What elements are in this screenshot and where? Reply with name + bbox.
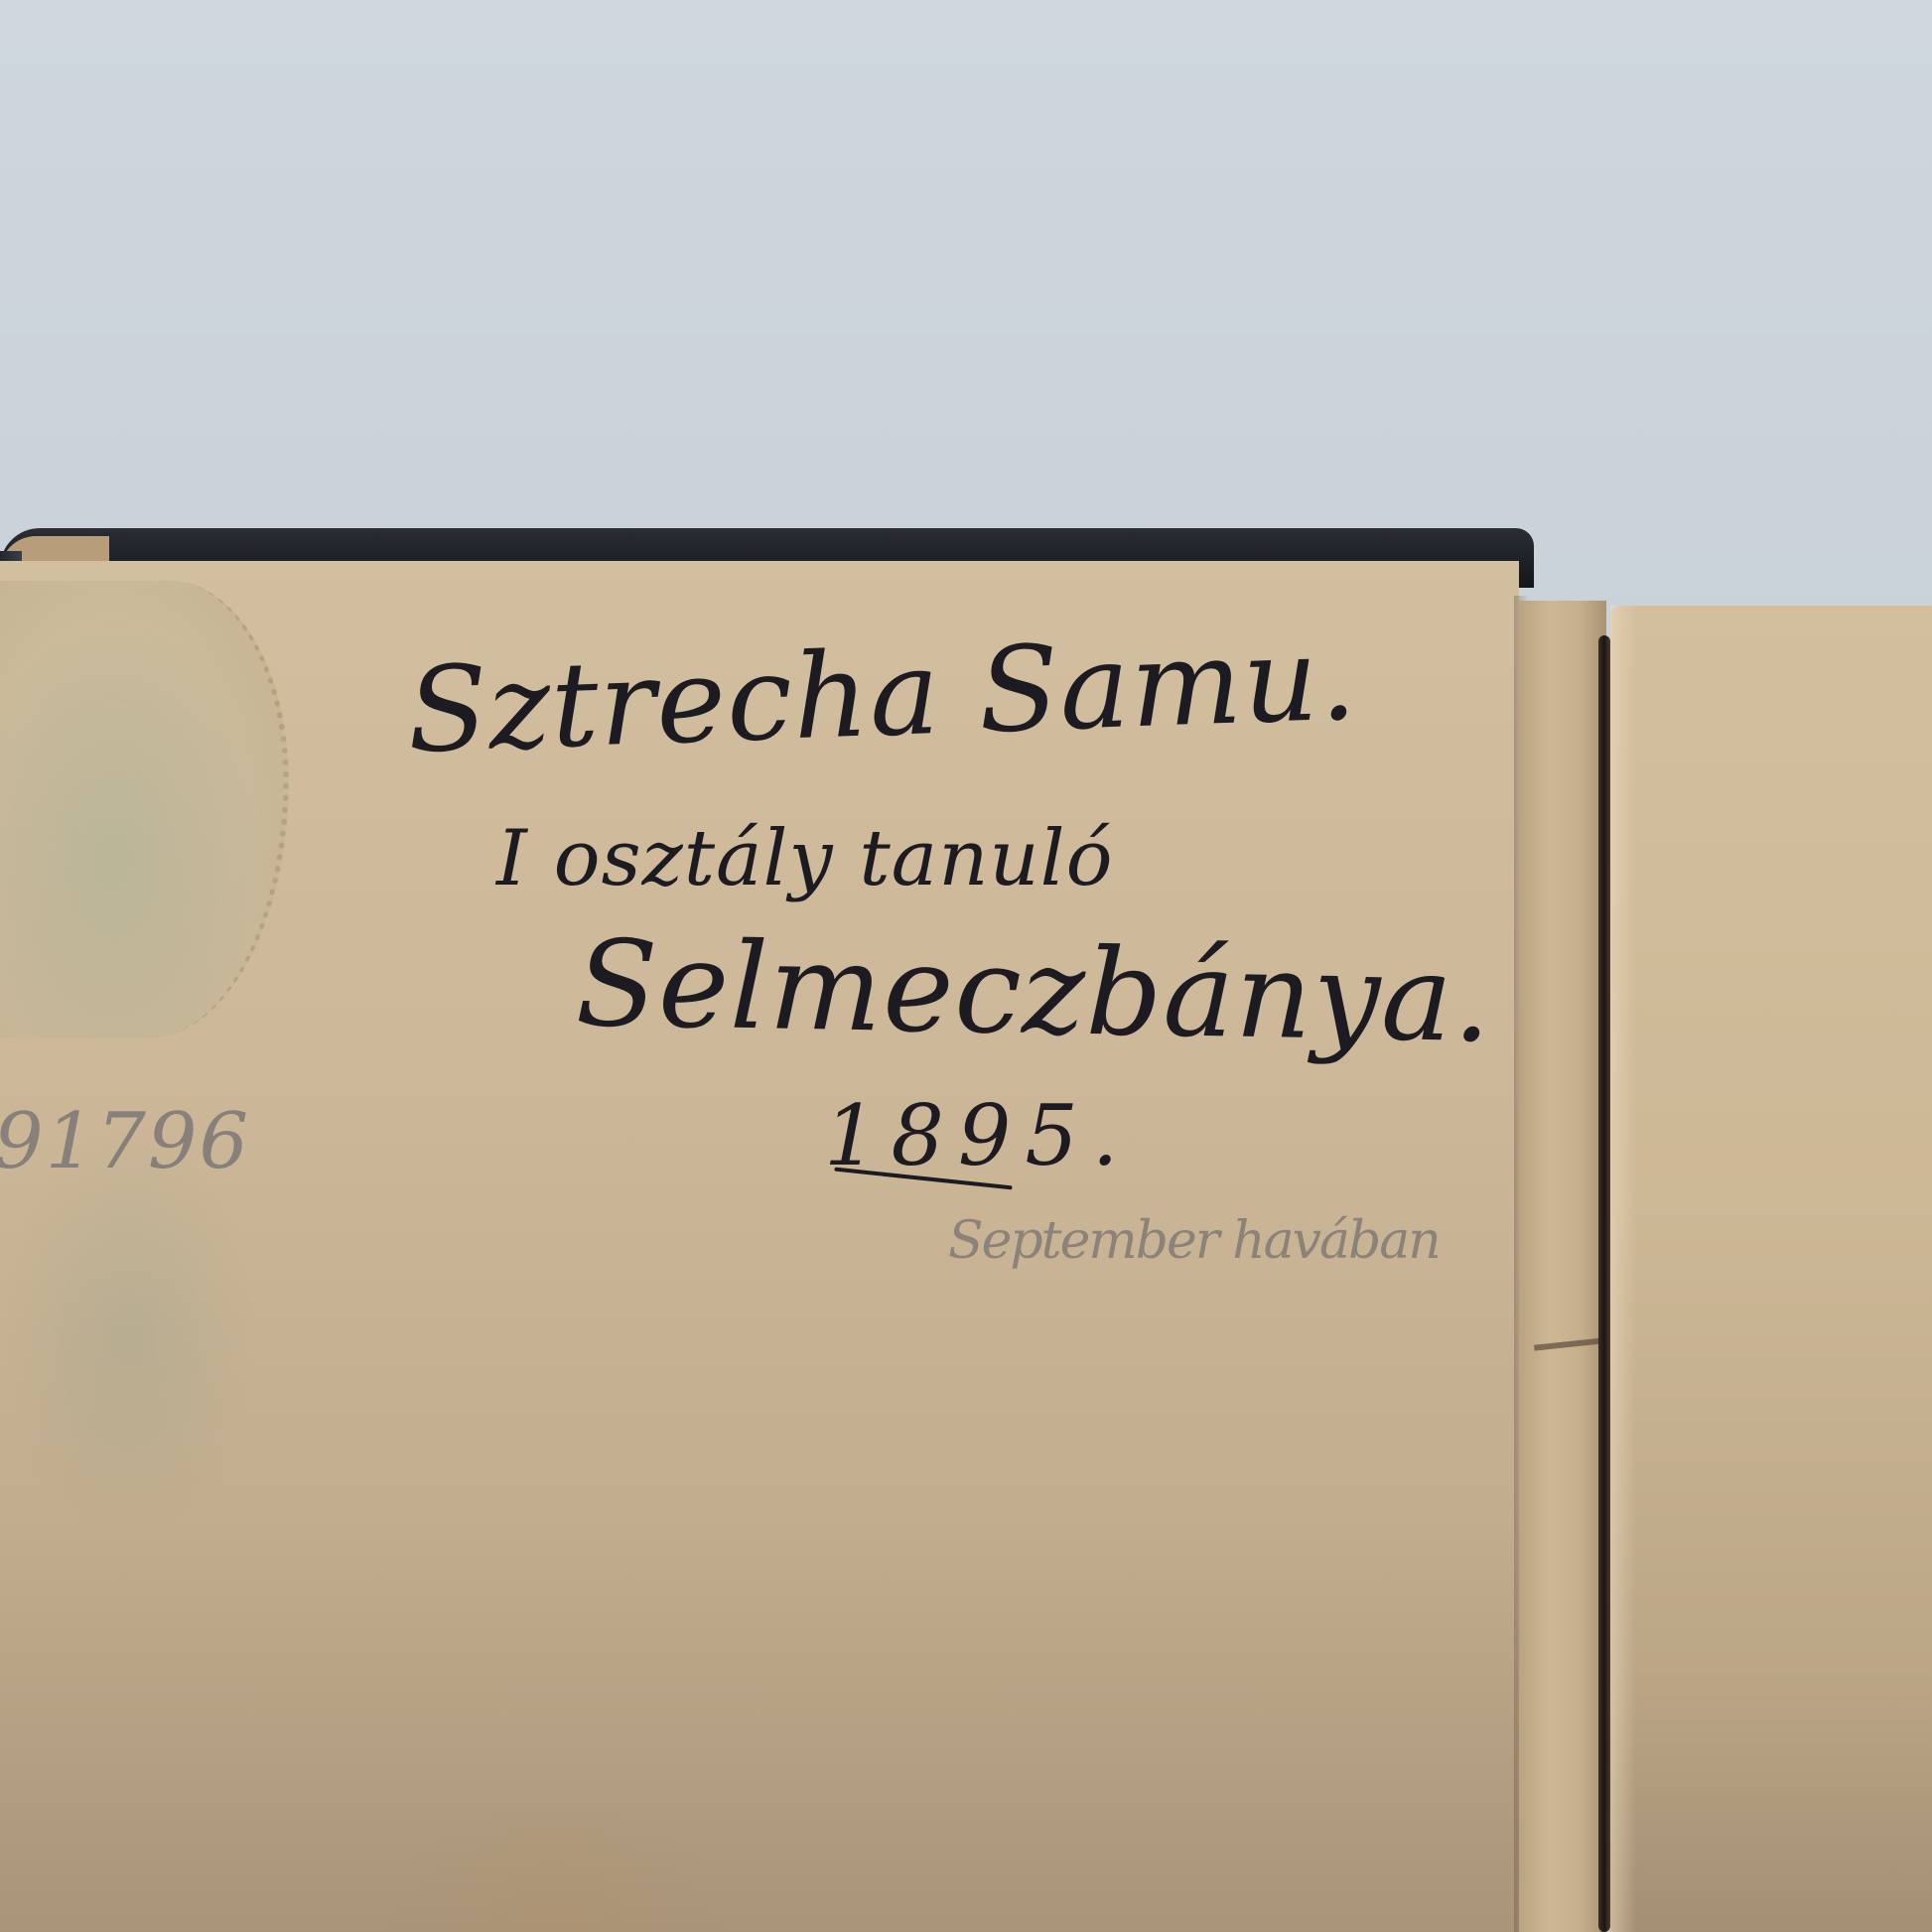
facing-page bbox=[1610, 606, 1932, 1932]
pencil-catalog-number: 91796 bbox=[0, 1097, 250, 1186]
pencil-note: September havában bbox=[948, 1211, 1440, 1271]
book-photo: Sztrecha Samu. I osztály tanuló Selmeczb… bbox=[0, 0, 1932, 1932]
facing-page-edge bbox=[1610, 606, 1636, 1932]
gutter-crack bbox=[1598, 635, 1610, 1932]
inscription-class: I osztály tanuló bbox=[496, 814, 1114, 903]
inscription-town: Selmeczbánya. bbox=[575, 915, 1493, 1069]
book-hinge bbox=[1519, 601, 1606, 1932]
inscription-year: 1895. bbox=[824, 1087, 1132, 1184]
